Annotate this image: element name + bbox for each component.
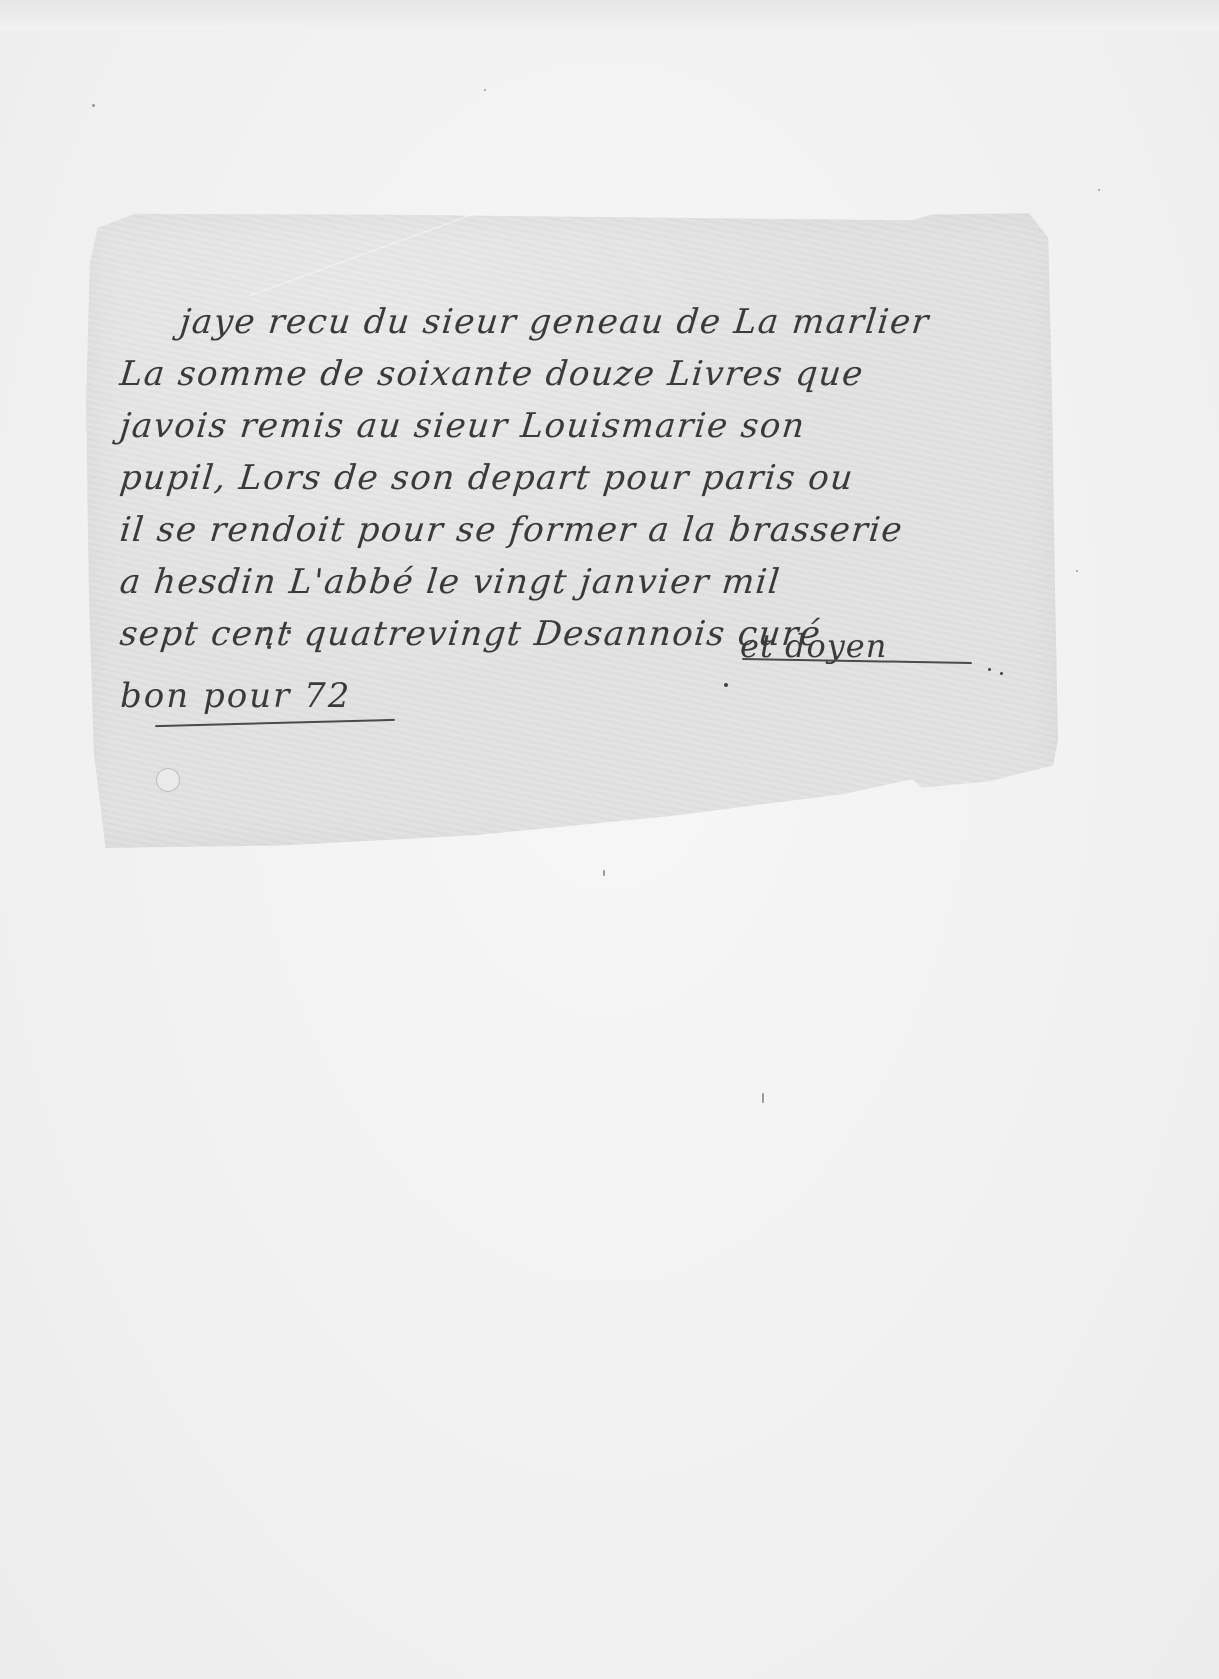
scan-speck bbox=[92, 104, 95, 107]
ink-dot bbox=[724, 683, 728, 687]
receipt-body: jaye recu du sieur geneau de La marlier … bbox=[120, 296, 1020, 660]
scan-speck bbox=[1098, 189, 1100, 191]
ink-dot bbox=[267, 645, 271, 649]
ink-dot bbox=[287, 630, 291, 634]
receipt-line: javois remis au sieur Louismarie son bbox=[117, 400, 1022, 452]
receipt-line: il se rendoit pour se former a la brasse… bbox=[117, 504, 1022, 556]
scan-top-band bbox=[0, 0, 1219, 30]
paper-stain bbox=[156, 768, 180, 792]
receipt-line: pupil, Lors de son depart pour paris ou bbox=[117, 452, 1022, 504]
ink-dot bbox=[1000, 672, 1003, 675]
receipt-line: La somme de soixante douze Livres que bbox=[117, 348, 1022, 400]
scan-speck bbox=[762, 1093, 764, 1103]
scan-speck bbox=[603, 870, 605, 876]
amount-note: bon pour 72 bbox=[120, 676, 351, 716]
scan-speck bbox=[484, 89, 486, 91]
ink-dot bbox=[263, 627, 267, 631]
receipt-line: jaye recu du sieur geneau de La marlier bbox=[117, 296, 1022, 348]
receipt-line: a hesdin L'abbé le vingt janvier mil bbox=[117, 556, 1022, 608]
ink-dot bbox=[988, 668, 991, 671]
scan-speck bbox=[1076, 570, 1078, 572]
